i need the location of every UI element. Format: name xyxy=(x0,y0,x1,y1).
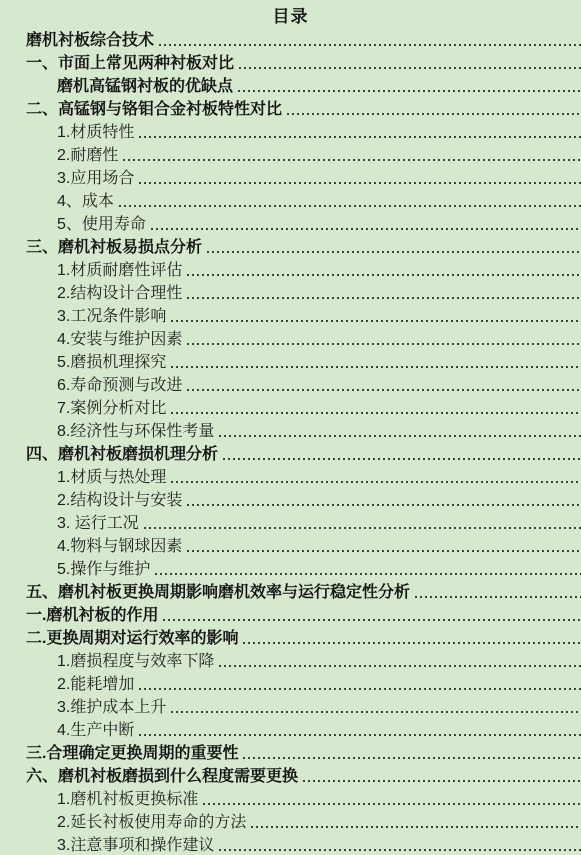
toc-entry-label: 二、高锰钢与铬钼合金衬板特性对比 xyxy=(26,98,282,121)
toc-entry[interactable]: 一.磨机衬板的作用 xyxy=(0,604,581,627)
dot-leader xyxy=(415,596,581,598)
dot-leader xyxy=(251,826,581,828)
toc-entry[interactable]: 3.工况条件影响 xyxy=(0,305,581,328)
toc-entry-label: 3.注意事项和操作建议 xyxy=(57,834,214,855)
toc-entry-label: 2.结构设计合理性 xyxy=(57,282,182,305)
dot-leader xyxy=(207,251,581,253)
dot-leader xyxy=(219,849,581,851)
dot-leader xyxy=(287,113,581,115)
toc-entry-label: 2.结构设计与安装 xyxy=(57,489,182,512)
toc-entry-label: 4、成本 xyxy=(57,190,114,213)
toc-entry[interactable]: 2.能耗增加 xyxy=(0,673,581,696)
toc-entry[interactable]: 2.结构设计合理性 xyxy=(0,282,581,305)
dot-leader xyxy=(239,67,581,69)
dot-leader xyxy=(163,619,581,621)
toc-entry-label: 2.延长衬板使用寿命的方法 xyxy=(57,811,246,834)
dot-leader xyxy=(123,159,581,161)
toc-entry-label: 5.操作与维护 xyxy=(57,558,150,581)
dot-leader xyxy=(171,366,581,368)
toc-entry-label: 1.磨损程度与效率下降 xyxy=(57,650,214,673)
dot-leader xyxy=(139,688,581,690)
toc-entry[interactable]: 1.材质特性 xyxy=(0,121,581,144)
dot-leader xyxy=(187,389,581,391)
toc-entry[interactable]: 六、磨机衬板磨损到什么程度需要更换 xyxy=(0,765,581,788)
dot-leader xyxy=(187,274,581,276)
toc-entry[interactable]: 磨机高锰钢衬板的优缺点 xyxy=(0,75,581,98)
toc-entry[interactable]: 4.物料与钢球因素 xyxy=(0,535,581,558)
toc-entry-label: 3. 运行工况 xyxy=(57,512,139,535)
toc-entry-label: 2.耐磨性 xyxy=(57,144,118,167)
toc-entry[interactable]: 1.材质耐磨性评估 xyxy=(0,259,581,282)
toc-entry[interactable]: 2.结构设计与安装 xyxy=(0,489,581,512)
toc-entry-label: 1.材质与热处理 xyxy=(57,466,166,489)
dot-leader xyxy=(187,297,581,299)
dot-leader xyxy=(219,665,581,667)
toc-entry[interactable]: 三.合理确定更换周期的重要性 xyxy=(0,742,581,765)
toc-entry-label: 5.磨损机理探究 xyxy=(57,351,166,374)
toc-page: 目录 磨机衬板综合技术一、市面上常见两种衬板对比磨机高锰钢衬板的优缺点二、高锰钢… xyxy=(0,0,581,855)
toc-entry-label: 8.经济性与环保性考量 xyxy=(57,420,214,443)
toc-entry-label: 磨机衬板综合技术 xyxy=(26,29,154,52)
toc-entry[interactable]: 二、高锰钢与铬钼合金衬板特性对比 xyxy=(0,98,581,121)
toc-entry-label: 六、磨机衬板磨损到什么程度需要更换 xyxy=(26,765,298,788)
toc-entry[interactable]: 3.应用场合 xyxy=(0,167,581,190)
dot-leader xyxy=(171,412,581,414)
toc-list: 磨机衬板综合技术一、市面上常见两种衬板对比磨机高锰钢衬板的优缺点二、高锰钢与铬钼… xyxy=(0,29,581,855)
toc-entry[interactable]: 五、磨机衬板更换周期影响磨机效率与运行稳定性分析 xyxy=(0,581,581,604)
toc-entry-label: 4.物料与钢球因素 xyxy=(57,535,182,558)
toc-entry-label: 6.寿命预测与改进 xyxy=(57,374,182,397)
toc-entry-label: 1.磨机衬板更换标准 xyxy=(57,788,198,811)
dot-leader xyxy=(187,343,581,345)
dot-leader xyxy=(243,642,581,644)
toc-entry[interactable]: 1.磨损程度与效率下降 xyxy=(0,650,581,673)
toc-entry[interactable]: 1.磨机衬板更换标准 xyxy=(0,788,581,811)
toc-entry-label: 4.生产中断 xyxy=(57,719,134,742)
toc-entry[interactable]: 6.寿命预测与改进 xyxy=(0,374,581,397)
toc-entry-label: 一.磨机衬板的作用 xyxy=(26,604,158,627)
toc-entry-label: 五、磨机衬板更换周期影响磨机效率与运行稳定性分析 xyxy=(26,581,410,604)
toc-entry[interactable]: 5、使用寿命 xyxy=(0,213,581,236)
toc-entry-label: 二.更换周期对运行效率的影响 xyxy=(26,627,238,650)
toc-entry[interactable]: 4、成本 xyxy=(0,190,581,213)
dot-leader xyxy=(139,182,581,184)
dot-leader xyxy=(187,504,581,506)
toc-entry-label: 5、使用寿命 xyxy=(57,213,146,236)
dot-leader xyxy=(139,734,581,736)
toc-entry[interactable]: 3.注意事项和操作建议 xyxy=(0,834,581,855)
dot-leader xyxy=(159,44,581,46)
dot-leader xyxy=(243,757,581,759)
dot-leader xyxy=(171,711,581,713)
toc-entry[interactable]: 2.延长衬板使用寿命的方法 xyxy=(0,811,581,834)
toc-entry[interactable]: 一、市面上常见两种衬板对比 xyxy=(0,52,581,75)
dot-leader xyxy=(223,458,581,460)
dot-leader xyxy=(238,90,581,92)
page-title: 目录 xyxy=(0,4,581,29)
toc-entry[interactable]: 3. 运行工况 xyxy=(0,512,581,535)
dot-leader xyxy=(187,550,581,552)
toc-entry[interactable]: 三、磨机衬板易损点分析 xyxy=(0,236,581,259)
toc-entry-label: 三.合理确定更换周期的重要性 xyxy=(26,742,238,765)
dot-leader xyxy=(171,481,581,483)
dot-leader xyxy=(203,803,581,805)
toc-entry[interactable]: 4.安装与维护因素 xyxy=(0,328,581,351)
dot-leader xyxy=(303,780,581,782)
toc-entry-label: 4.安装与维护因素 xyxy=(57,328,182,351)
toc-entry-label: 7.案例分析对比 xyxy=(57,397,166,420)
toc-entry-label: 3.工况条件影响 xyxy=(57,305,166,328)
dot-leader xyxy=(144,527,581,529)
toc-entry-label: 三、磨机衬板易损点分析 xyxy=(26,236,202,259)
toc-entry[interactable]: 2.耐磨性 xyxy=(0,144,581,167)
toc-entry[interactable]: 4.生产中断 xyxy=(0,719,581,742)
toc-entry-label: 1.材质特性 xyxy=(57,121,134,144)
toc-entry[interactable]: 磨机衬板综合技术 xyxy=(0,29,581,52)
dot-leader xyxy=(171,320,581,322)
dot-leader xyxy=(151,228,581,230)
toc-entry[interactable]: 1.材质与热处理 xyxy=(0,466,581,489)
dot-leader xyxy=(119,205,581,207)
toc-entry[interactable]: 8.经济性与环保性考量 xyxy=(0,420,581,443)
toc-entry[interactable]: 3.维护成本上升 xyxy=(0,696,581,719)
toc-entry-label: 1.材质耐磨性评估 xyxy=(57,259,182,282)
dot-leader xyxy=(219,435,581,437)
toc-entry[interactable]: 5.磨损机理探究 xyxy=(0,351,581,374)
toc-entry-label: 四、磨机衬板磨损机理分析 xyxy=(26,443,218,466)
toc-entry[interactable]: 四、磨机衬板磨损机理分析 xyxy=(0,443,581,466)
dot-leader xyxy=(139,136,581,138)
toc-entry-label: 一、市面上常见两种衬板对比 xyxy=(26,52,234,75)
toc-entry-label: 2.能耗增加 xyxy=(57,673,134,696)
toc-entry-label: 3.维护成本上升 xyxy=(57,696,166,719)
toc-entry[interactable]: 7.案例分析对比 xyxy=(0,397,581,420)
dot-leader xyxy=(155,573,581,575)
toc-entry-label: 3.应用场合 xyxy=(57,167,134,190)
toc-entry-label: 磨机高锰钢衬板的优缺点 xyxy=(57,75,233,98)
toc-entry[interactable]: 二.更换周期对运行效率的影响 xyxy=(0,627,581,650)
toc-entry[interactable]: 5.操作与维护 xyxy=(0,558,581,581)
